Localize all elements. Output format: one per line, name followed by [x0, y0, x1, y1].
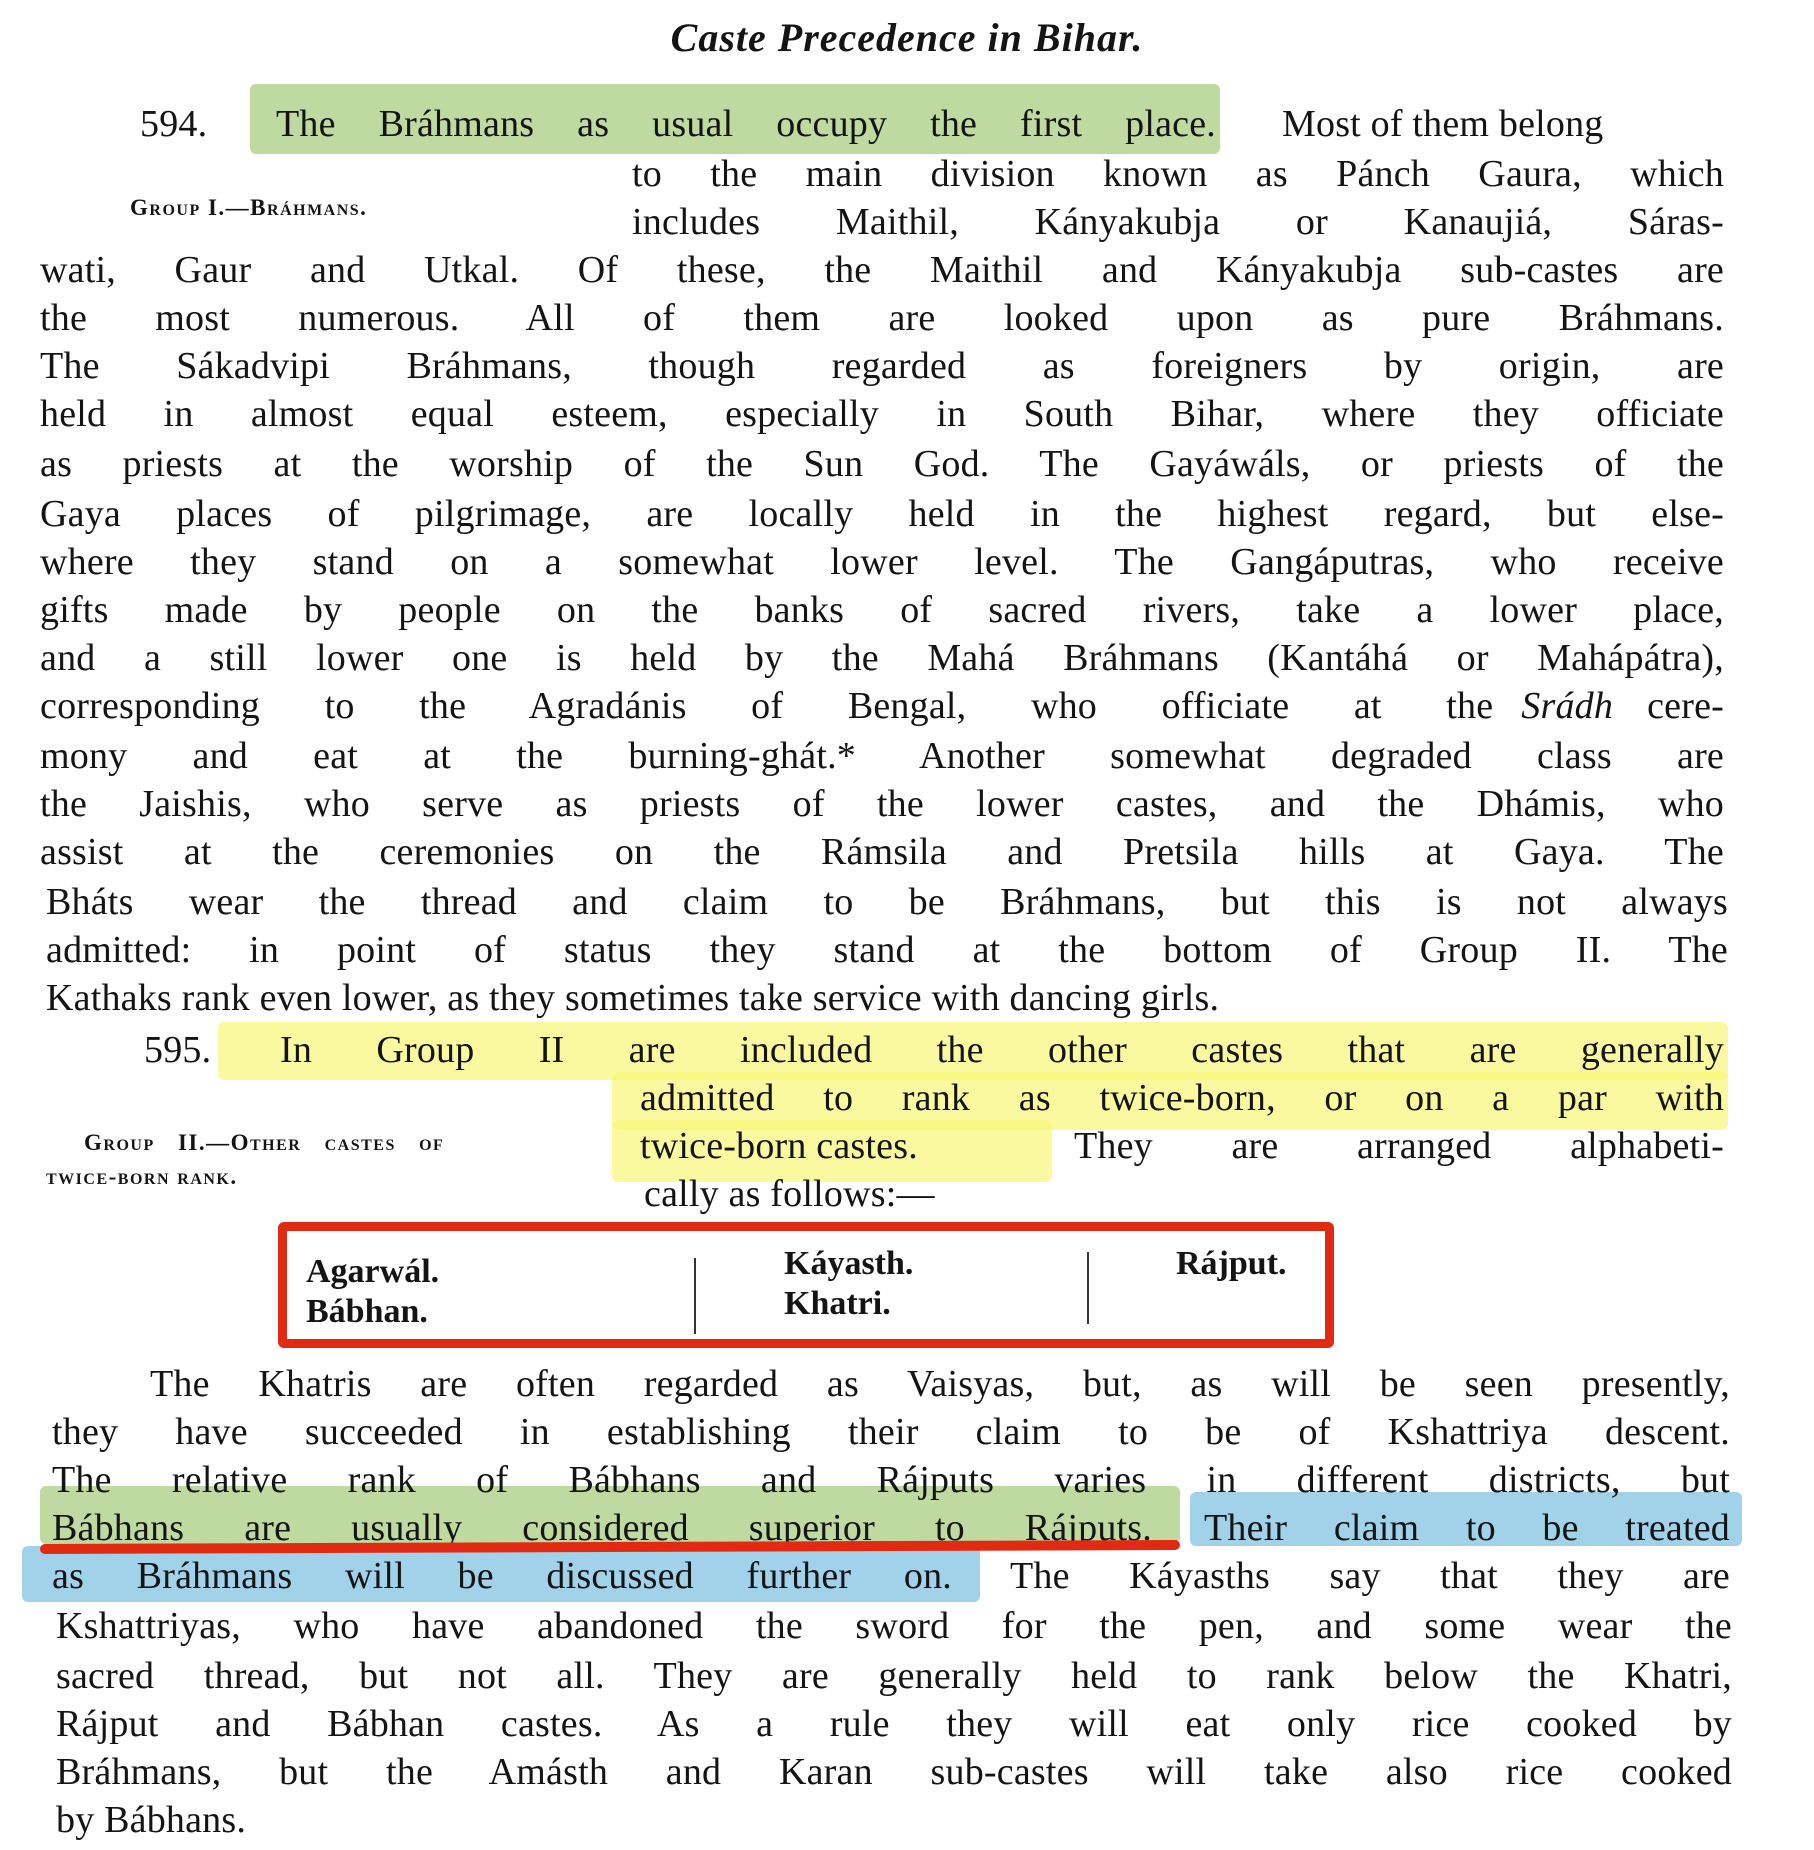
text-line: sacred thread, but not all. They are gen… — [56, 1652, 1732, 1700]
sidenote-group-i: Group I.—Bráhmans. — [130, 195, 367, 221]
text-line: as priests at the worship of the Sun God… — [40, 440, 1724, 488]
highlighted-line: twice-born castes. — [640, 1122, 918, 1170]
text-line: Kshattriyas, who have abandoned the swor… — [56, 1602, 1732, 1650]
paragraph-number-594: 594. — [140, 100, 207, 148]
text-line: mony and eat at the burning-ghát.* Anoth… — [40, 732, 1724, 780]
sidenote-group-ii-line2: twice-born rank. — [46, 1164, 238, 1190]
text-line: cally as follows:— — [644, 1170, 935, 1218]
text-line: Gaya places of pilgrimage, are locally h… — [40, 490, 1724, 538]
text-line-start: corresponding to the Agradánis of Bengal… — [40, 682, 1493, 730]
red-box-annotation — [278, 1222, 1334, 1348]
italic-word-sradh: Srádh — [1521, 682, 1613, 730]
text-line: The Sákadvipi Bráhmans, though regarded … — [40, 342, 1724, 390]
text-line: Bráhmans, but the Amásth and Karan sub-c… — [56, 1748, 1732, 1796]
highlighted-line: In Group II are included the other caste… — [280, 1026, 1724, 1074]
highlighted-line: admitted to rank as twice-born, or on a … — [640, 1074, 1724, 1122]
text-line: corresponding to the Agradánis of Bengal… — [40, 682, 1724, 730]
highlighted-sentence-594: The Bráhmans as usual occupy the first p… — [276, 100, 1216, 148]
text-line: The relative rank of Bábhans and Rájputs… — [52, 1456, 1730, 1504]
sidenote-group-ii-line1: Group II.—Other castes of — [84, 1130, 444, 1156]
text-line: Most of them belong — [1282, 100, 1722, 148]
text-line: Kathaks rank even lower, as they sometim… — [46, 974, 1219, 1022]
text-line: gifts made by people on the banks of sac… — [40, 586, 1724, 634]
paragraph-number-595: 595. — [144, 1026, 211, 1074]
text-line: and a still lower one is held by the Mah… — [40, 634, 1724, 682]
text-line: where they stand on a somewhat lower lev… — [40, 538, 1724, 586]
blue-highlighted-text: as Bráhmans will be discussed further on… — [52, 1552, 952, 1600]
text-line: They are arranged alphabeti- — [1074, 1122, 1724, 1170]
text-line: they have succeeded in establishing thei… — [52, 1408, 1730, 1456]
text-line-end: cere- — [1647, 682, 1724, 730]
text-line: the Jaishis, who serve as priests of the… — [40, 780, 1724, 828]
text-line: assist at the ceremonies on the Rámsila … — [40, 828, 1724, 876]
blue-highlighted-text: Their claim to be treated — [1204, 1504, 1730, 1552]
text-line: The Khatris are often regarded as Vaisya… — [150, 1360, 1730, 1408]
document-body: 594. The Bráhmans as usual occupy the fi… — [0, 0, 1814, 1850]
text-line: Rájput and Bábhan castes. As a rule they… — [56, 1700, 1732, 1748]
text-line: admitted: in point of status they stand … — [46, 926, 1728, 974]
text-line: The Káyasths say that they are — [1010, 1552, 1730, 1600]
text-line: wati, Gaur and Utkal. Of these, the Mait… — [40, 246, 1724, 294]
text-line: includes Maithil, Kányakubja or Kanaujiá… — [632, 198, 1724, 246]
text-line: held in almost equal esteem, especially … — [40, 390, 1724, 438]
text-line: Bháts wear the thread and claim to be Br… — [46, 878, 1728, 926]
text-line: to the main division known as Pánch Gaur… — [632, 150, 1724, 198]
text-line: the most numerous. All of them are looke… — [40, 294, 1724, 342]
text-line: by Bábhans. — [56, 1796, 246, 1844]
